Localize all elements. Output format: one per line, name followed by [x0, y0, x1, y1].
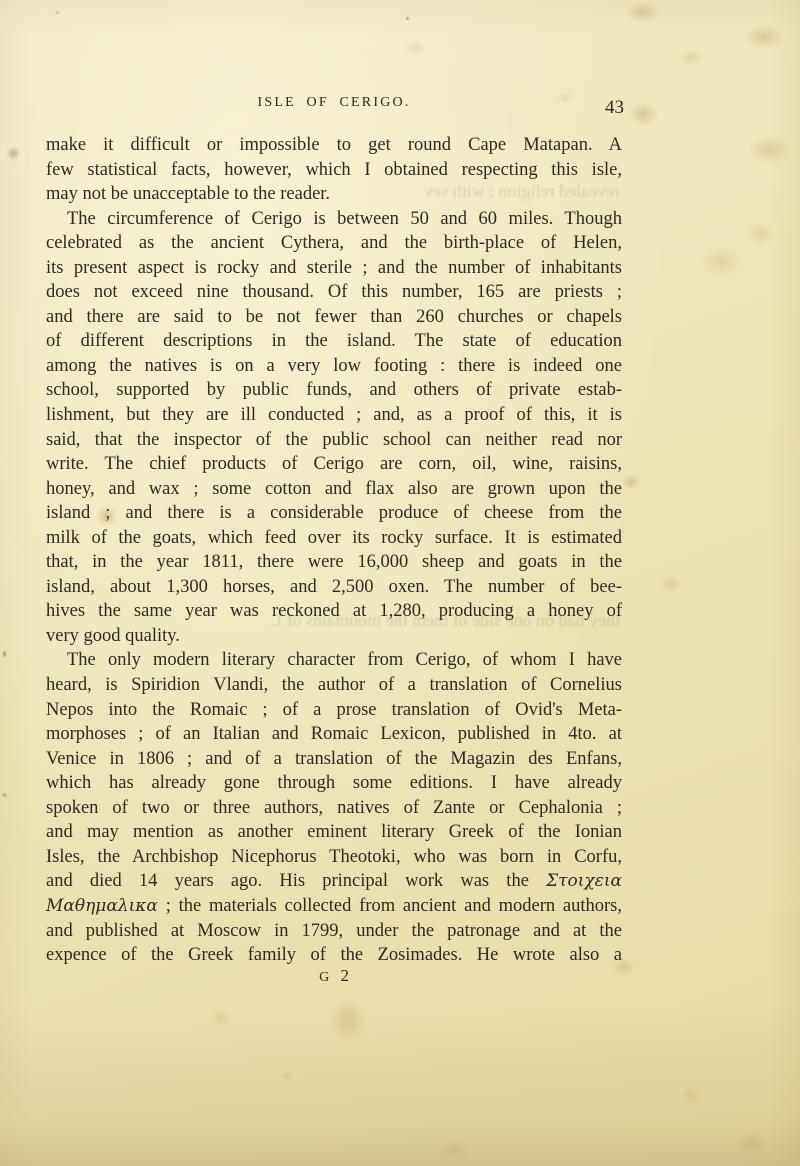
foxing-stain — [680, 1086, 702, 1104]
foxing-stain — [700, 246, 744, 278]
ink-speck — [2, 792, 7, 798]
text-segment: that, in the year 1811, there were 16,00… — [46, 552, 622, 572]
text-line: does not exceed nine thousand. Of this n… — [46, 280, 622, 305]
text-segment: and published at Moscow in 1799, under t… — [46, 921, 622, 941]
foxing-stain — [744, 24, 784, 50]
text-segment: among the natives is on a very low footi… — [46, 356, 622, 376]
text-line: lishment, but they are ill conducted ; a… — [46, 403, 622, 428]
text-segment: The only modern literary character from … — [67, 650, 622, 670]
text-segment: milk of the goats, which feed over its r… — [46, 528, 622, 548]
ink-speck — [55, 10, 60, 15]
foxing-stain — [622, 474, 640, 490]
text-line: expence of the Greek family of the Zosim… — [46, 943, 622, 968]
text-line: its present aspect is rocky and sterile … — [46, 256, 622, 281]
page-number: 43 — [594, 97, 624, 119]
text-line: milk of the goats, which feed over its r… — [46, 526, 622, 551]
greek-text: Στοιχεια — [546, 871, 622, 891]
text-segment: Nepos into the Romaic ; of a prose trans… — [46, 700, 622, 720]
text-segment: school, supported by public funds, and o… — [46, 380, 622, 400]
text-segment: expence of the Greek family of the Zosim… — [46, 945, 622, 965]
text-line: and there are said to be not fewer than … — [46, 305, 622, 330]
foxing-stain — [404, 40, 426, 54]
text-line: island, about 1,300 horses, and 2,500 ox… — [46, 575, 622, 600]
text-line: Μαθημαλικα ; the materials collected fro… — [46, 894, 622, 919]
text-line: said, that the inspector of the public s… — [46, 428, 622, 453]
text-segment: spoken of two or three authors, natives … — [46, 798, 622, 818]
text-line: island ; and there is a considerable pro… — [46, 501, 622, 526]
text-segment: few statistical facts, however, which I … — [46, 160, 622, 180]
text-segment: make it difficult or impossible to get r… — [46, 135, 622, 155]
text-segment: does not exceed nine thousand. Of this n… — [46, 282, 622, 302]
text-segment: may not be unacceptable to the reader. — [46, 184, 330, 204]
text-line: spoken of two or three authors, natives … — [46, 796, 622, 821]
text-line: The only modern literary character from … — [46, 648, 622, 673]
text-line: write. The chief products of Cerigo are … — [46, 452, 622, 477]
text-line: few statistical facts, however, which I … — [46, 158, 622, 183]
text-line: school, supported by public funds, and o… — [46, 378, 622, 403]
text-line: heard, is Spiridion Vlandi, the author o… — [46, 673, 622, 698]
text-segment: and there are said to be not fewer than … — [46, 307, 622, 327]
foxing-stain — [658, 574, 684, 594]
text-line: and published at Moscow in 1799, under t… — [46, 919, 622, 944]
text-line: honey, and wax ; some cotton and flax al… — [46, 477, 622, 502]
greek-text: Μαθημαλικα — [46, 896, 158, 916]
text-segment: said, that the inspector of the public s… — [46, 430, 622, 450]
text-segment: lishment, but they are ill conducted ; a… — [46, 405, 622, 425]
text-line: and may mention as another eminent liter… — [46, 820, 622, 845]
text-line: Nepos into the Romaic ; of a prose trans… — [46, 698, 622, 723]
foxing-stain — [440, 1140, 470, 1160]
text-segment: celebrated as the ancient Cythera, and t… — [46, 233, 622, 253]
text-block: make it difficult or impossible to get r… — [46, 133, 622, 968]
text-segment: its present aspect is rocky and sterile … — [46, 258, 622, 278]
ink-speck — [6, 146, 21, 161]
text-segment: of different descriptions in the island.… — [46, 331, 622, 351]
foxing-stain — [628, 102, 658, 126]
text-line: among the natives is on a very low footi… — [46, 354, 622, 379]
text-segment: which has already gone through some edit… — [46, 773, 622, 793]
text-segment: morphoses ; of an Italian and Romaic Lex… — [46, 724, 622, 744]
text-segment: write. The chief products of Cerigo are … — [46, 454, 622, 474]
show-through-text: they had on one side of them the mountai… — [150, 610, 620, 631]
foxing-stain — [280, 1070, 294, 1082]
text-segment: and died 14 years ago. His principal wor… — [46, 871, 546, 891]
text-segment: honey, and wax ; some cotton and flax al… — [46, 479, 622, 499]
text-segment: ; the materials collected from ancient a… — [158, 896, 622, 916]
text-line: of different descriptions in the island.… — [46, 329, 622, 354]
text-segment: and may mention as another eminent liter… — [46, 822, 622, 842]
foxing-stain — [212, 1010, 230, 1026]
text-segment: heard, is Spiridion Vlandi, the author o… — [46, 675, 622, 695]
text-line: Isles, the Archbishop Nicephorus Theotok… — [46, 845, 622, 870]
foxing-stain — [748, 136, 792, 164]
foxing-stain — [738, 1132, 766, 1154]
ink-speck — [2, 650, 7, 658]
show-through-text: revealed religion : with sev — [348, 181, 620, 202]
text-line: morphoses ; of an Italian and Romaic Lex… — [46, 722, 622, 747]
foxing-stain — [626, 2, 660, 22]
text-line: Venice in 1806 ; and of a translation of… — [46, 747, 622, 772]
running-header: ISLE OF CERIGO. — [46, 95, 622, 111]
text-segment: island ; and there is a considerable pro… — [46, 503, 622, 523]
text-segment: The circumference of Cerigo is between 5… — [67, 209, 622, 229]
text-segment: Venice in 1806 ; and of a translation of… — [46, 749, 622, 769]
foxing-stain — [678, 50, 704, 66]
text-line: which has already gone through some edit… — [46, 771, 622, 796]
text-line: celebrated as the ancient Cythera, and t… — [46, 231, 622, 256]
book-page: ISLE OF CERIGO. 43 make it difficult or … — [0, 0, 800, 1166]
foxing-stain — [746, 222, 776, 246]
signature-mark: G 2 — [46, 966, 622, 986]
text-line: make it difficult or impossible to get r… — [46, 133, 622, 158]
foxing-stain — [330, 998, 366, 1042]
text-line: that, in the year 1811, there were 16,00… — [46, 550, 622, 575]
text-line: and died 14 years ago. His principal wor… — [46, 869, 622, 894]
ink-speck — [405, 16, 410, 21]
text-segment: Isles, the Archbishop Nicephorus Theotok… — [46, 847, 622, 867]
text-segment: island, about 1,300 horses, and 2,500 ox… — [46, 577, 622, 597]
text-line: The circumference of Cerigo is between 5… — [46, 207, 622, 232]
